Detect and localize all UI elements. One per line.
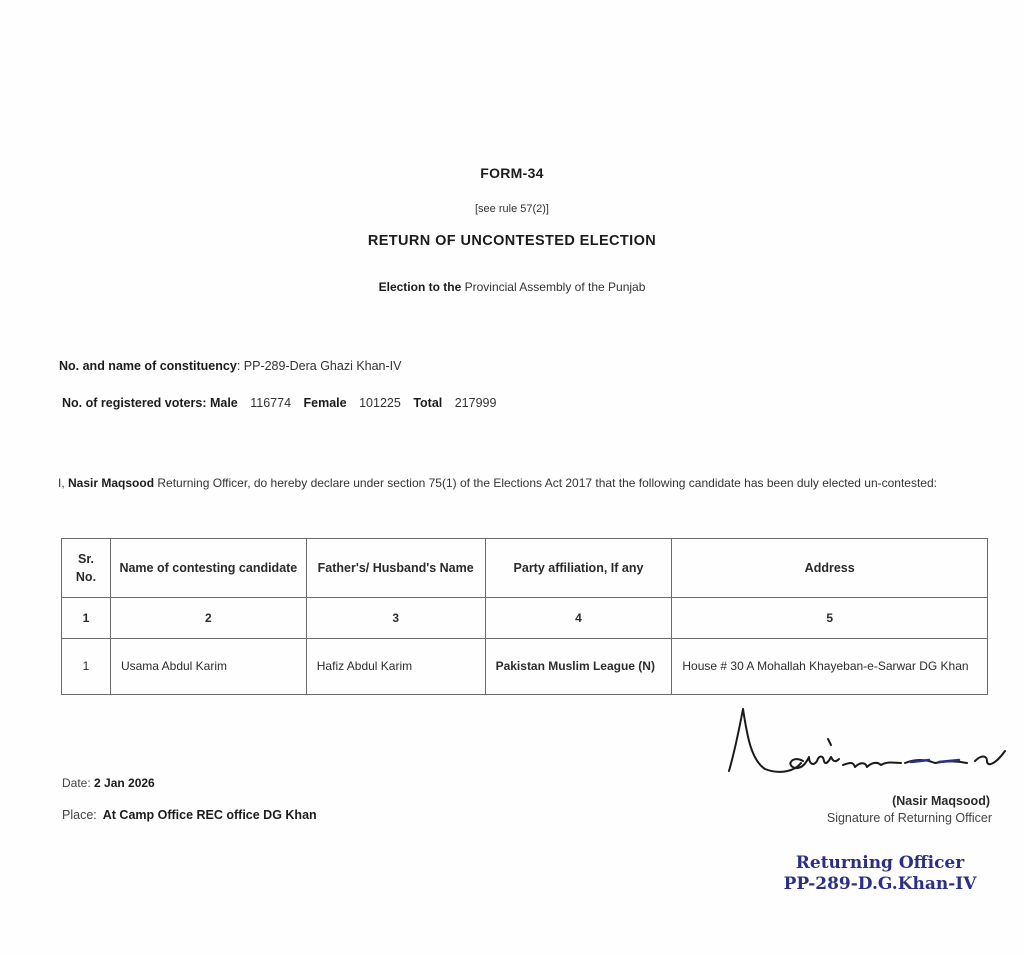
declaration-prefix: I,	[58, 476, 68, 490]
date-value: 2 Jan 2026	[94, 776, 155, 790]
column-number: 4	[485, 598, 672, 639]
header-father-husband-name: Father's/ Husband's Name	[306, 539, 485, 598]
column-number: 5	[672, 598, 988, 639]
column-number: 2	[110, 598, 306, 639]
declaration-text: Returning Officer, do hereby declare und…	[154, 476, 937, 490]
signature-caption: Signature of Returning Officer	[760, 811, 992, 825]
date-line: Date: 2 Jan 2026	[62, 776, 155, 790]
female-label: Female	[304, 396, 347, 410]
header-candidate-name: Name of contesting candidate	[110, 539, 306, 598]
cell-party-affiliation: Pakistan Muslim League (N)	[485, 639, 672, 695]
header-address: Address	[672, 539, 988, 598]
table-row: 1 Usama Abdul Karim Hafiz Abdul Karim Pa…	[62, 639, 988, 695]
signatory-name: (Nasir Maqsood)	[780, 794, 990, 808]
place-label: Place:	[62, 808, 97, 822]
election-subtitle-bold: Election to the	[379, 280, 462, 294]
male-label: Male	[210, 396, 238, 410]
document-heading: RETURN OF UNCONTESTED ELECTION	[0, 233, 1024, 249]
election-subtitle: Election to the Provincial Assembly of t…	[0, 280, 1024, 294]
constituency-value: PP-289-Dera Ghazi Khan-IV	[244, 359, 402, 373]
form-title: FORM-34	[0, 165, 1024, 181]
registered-voters-line: No. of registered voters: Male 116774 Fe…	[62, 396, 496, 410]
total-count: 217999	[455, 396, 497, 410]
cell-sr-no: 1	[62, 639, 111, 695]
stamp-line-title: Returning Officer	[770, 853, 990, 874]
table-header-row: Sr. No. Name of contesting candidate Fat…	[62, 539, 988, 598]
male-count: 116774	[250, 396, 291, 410]
place-value: At Camp Office REC office DG Khan	[103, 808, 317, 822]
column-number: 3	[306, 598, 485, 639]
officer-name: Nasir Maqsood	[68, 476, 154, 490]
cell-address: House # 30 A Mohallah Khayeban-e-Sarwar …	[672, 639, 988, 695]
official-stamp: Returning Officer PP-289-D.G.Khan-IV	[770, 853, 990, 895]
female-count: 101225	[359, 396, 401, 410]
election-subtitle-text: Provincial Assembly of the Punjab	[461, 280, 645, 294]
header-sr-no: Sr. No.	[62, 539, 111, 598]
column-number: 1	[62, 598, 111, 639]
cell-candidate-name: Usama Abdul Karim	[110, 639, 306, 695]
form-34-document: FORM-34 [see rule 57(2)] RETURN OF UNCON…	[0, 0, 1024, 955]
constituency-label: No. and name of constituency	[59, 359, 237, 373]
column-number-row: 1 2 3 4 5	[62, 598, 988, 639]
candidate-table: Sr. No. Name of contesting candidate Fat…	[61, 538, 988, 695]
handwritten-signature	[725, 705, 1024, 795]
place-line: Place:At Camp Office REC office DG Khan	[62, 808, 317, 822]
constituency-separator: :	[237, 359, 244, 373]
cell-father-husband-name: Hafiz Abdul Karim	[306, 639, 485, 695]
voters-label: No. of registered voters:	[62, 396, 206, 410]
stamp-line-constituency: PP-289-D.G.Khan-IV	[770, 874, 990, 895]
date-label: Date:	[62, 776, 94, 790]
total-label: Total	[413, 396, 442, 410]
header-party-affiliation: Party affiliation, If any	[485, 539, 672, 598]
declaration-paragraph: I, Nasir Maqsood Returning Officer, do h…	[58, 474, 968, 492]
constituency-line: No. and name of constituency: PP-289-Der…	[59, 359, 401, 373]
rule-reference: [see rule 57(2)]	[0, 203, 1024, 215]
